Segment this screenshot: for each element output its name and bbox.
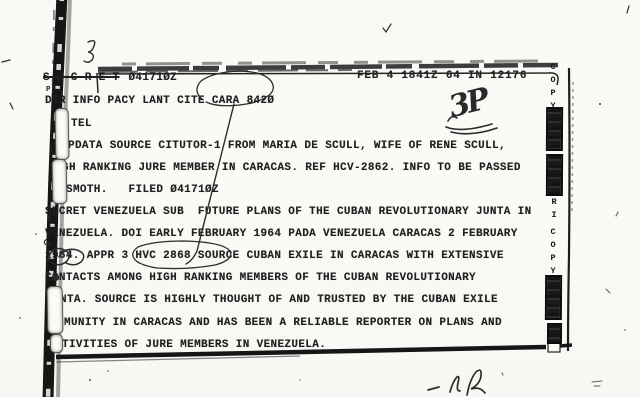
cable-line: DIR INFO PACY LANT CITE CARA 842Ø <box>45 95 274 107</box>
cable-line: VENEZUELA. DOI EARLY FEBRUARY 1964 PADA … <box>45 228 518 240</box>
redaction-box <box>546 107 563 151</box>
hand-annotations-overlay <box>0 0 640 397</box>
cable-line: PDATA SOURCE CITUTOR-1 FROM MARIA DE SCU… <box>68 140 506 152</box>
whiteout-blob <box>55 108 70 160</box>
cable-line: GH RANKING JURE MEMBER IN CARACAS. REF H… <box>62 162 521 174</box>
cable-line: TIVITIES OF JURE MEMBERS IN VENEZUELA. <box>62 339 326 351</box>
cable-line: 1964. APPR 3 HVC 2868 SOURCE CUBAN EXILE… <box>45 250 504 262</box>
cable-line: CONTACTS AMONG HIGH RANKING MEMBERS OF T… <box>45 272 476 284</box>
cable-line: MUNITY IN CARACAS AND HAS BEEN A RELIABL… <box>64 317 502 329</box>
cable-line: SECRET VENEZUELA SUB FUTURE PLANS OF THE… <box>45 206 532 218</box>
datetime-group: Ø4171ØZ <box>128 72 177 84</box>
whiteout-blob <box>47 286 64 334</box>
handwritten-routing-mark: 3P <box>445 82 490 125</box>
classification-struck-text: S E C R E T <box>43 72 119 84</box>
classification-line: S E C R E TØ4171ØZ <box>43 72 177 84</box>
scanned-cable-page: S E C R E TØ4171ØZ FEB 4 1841Z 64 IN 121… <box>0 0 640 397</box>
redaction-box <box>547 323 562 344</box>
whiteout-blob <box>52 159 68 204</box>
redaction-box <box>546 154 563 196</box>
received-stamp: FEB 4 1841Z 64 IN 12176 <box>357 70 527 82</box>
cable-line: SMOTH. FILED Ø4171ØZ <box>66 184 219 196</box>
ri-label: RI <box>549 197 559 223</box>
scan-artifacts-underlay <box>0 0 640 397</box>
redaction-box <box>545 275 562 320</box>
whiteout-blob <box>50 334 63 353</box>
copy-label-bottom: COPY <box>548 227 558 279</box>
cable-line: TEL <box>71 118 92 130</box>
cable-line: NTA. SOURCE IS HIGHLY THOUGHT OF AND TRU… <box>60 294 498 306</box>
dir-superscript: P. <box>46 86 55 94</box>
